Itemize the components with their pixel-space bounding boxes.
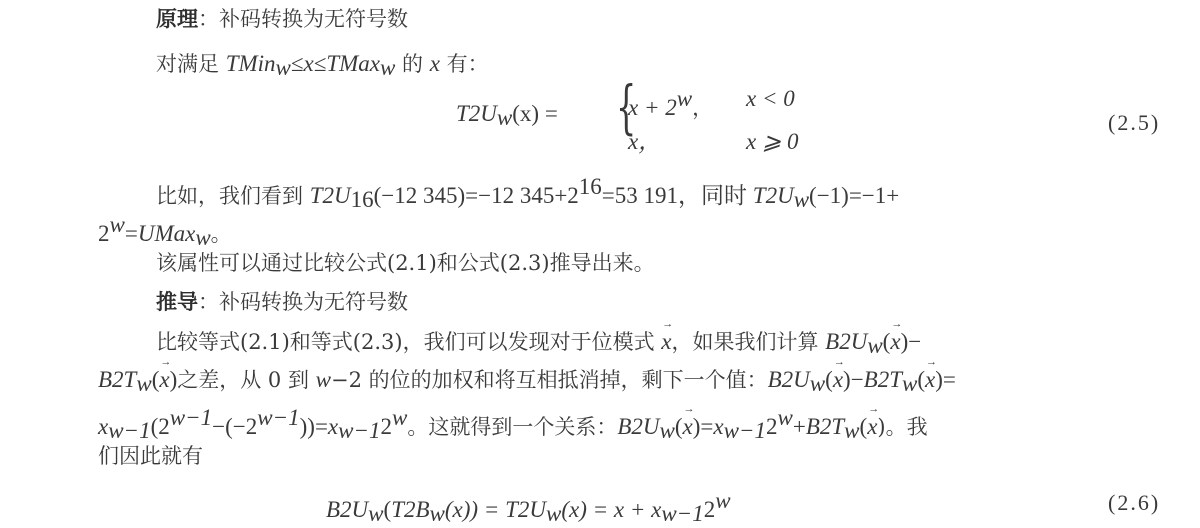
eq25-case1: x + 2w， [628, 87, 713, 119]
eq25-lhs: T2Uw(x) = [456, 102, 558, 129]
property-note: 该属性可以通过比较公式(2.1)和公式(2.3)推导出来。 [156, 253, 655, 274]
equation-2-6: B2Uw(T2Bw(x)) = T2Uw(x) = x + xw−12w [326, 489, 731, 525]
principle-heading: 原理：补码转换为无符号数 [156, 8, 408, 30]
eq25-case2: x， [628, 130, 661, 153]
principle-title: 补码转换为无符号数 [219, 7, 408, 31]
derivation-label: 推导 [156, 289, 198, 314]
principle-condition: 对满足 TMinw≤x≤TMaxw 的 x 有： [156, 52, 489, 79]
principle-label: 原理 [156, 6, 198, 31]
equation-number-2-6: (2.6) [1108, 490, 1160, 516]
example-line-1: 比如，我们看到 T2U16(−12 345)=−12 345+216=53 19… [156, 175, 899, 211]
derivation-title: 补码转换为无符号数 [219, 290, 408, 314]
principle-sep: ： [198, 7, 219, 31]
example-line-2: 2w=UMaxw。 [98, 213, 232, 249]
derivation-line-3: xw−1(2w−1−(−2w−1))=xw−12w。这就得到一个关系：B2Uw(… [98, 406, 928, 442]
equation-number-2-5: (2.5) [1108, 110, 1160, 136]
derivation-line-4: 们因此就有 [98, 446, 203, 467]
eq25-case2-cond: x ⩾ 0 [746, 130, 798, 153]
derivation-heading: 推导：补码转换为无符号数 [156, 291, 408, 313]
derivation-line-1: 比较等式(2.1)和等式(2.3)，我们可以发现对于位模式 x，如果我们计算 B… [156, 330, 921, 357]
derivation-line-2: B2Tw(x)之差，从 0 到 w−2 的位的加权和将互相抵消掉，剩下一个值：B… [98, 368, 956, 395]
eq25-case1-cond: x < 0 [746, 87, 795, 110]
